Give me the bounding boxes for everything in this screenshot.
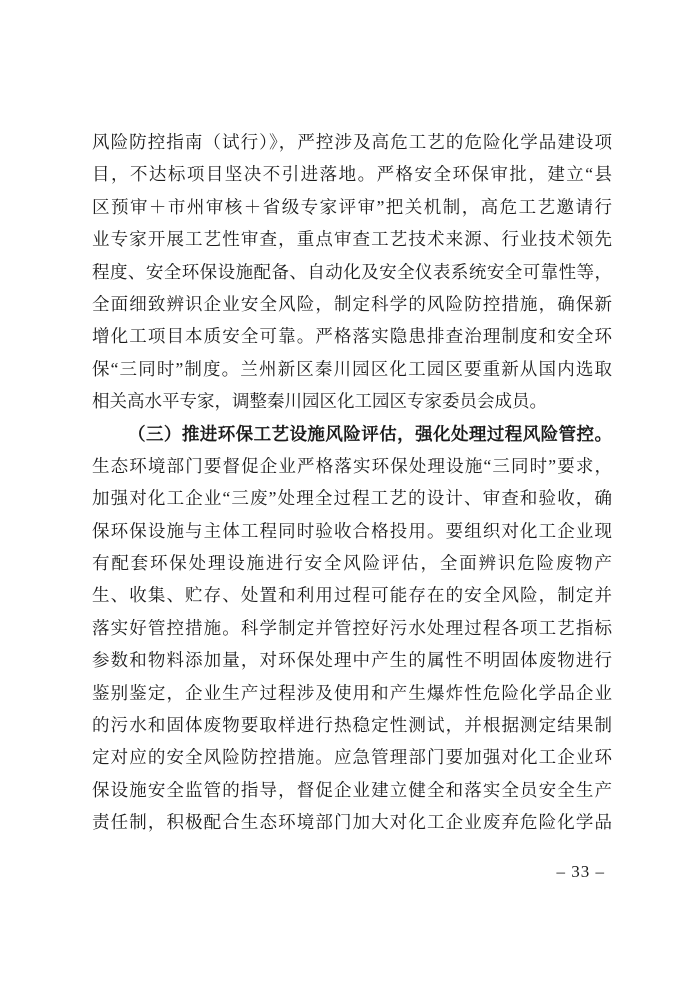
text-block: 风险防控指南（试行）》，严控涉及高危工艺的危险化学品建设项 目，不达标项目坚决不…: [92, 126, 612, 839]
text-line: 有配套环保处理设施进行安全风险评估，全面辨识危险废物产: [92, 547, 612, 579]
text-line: 程度、安全环保设施配备、自动化及安全仪表系统安全可靠性等，: [92, 256, 612, 288]
text-line: 责任制，积极配合生态环境部门加大对化工企业废弃危险化学品: [92, 806, 612, 838]
document-page: 风险防控指南（试行）》，严控涉及高危工艺的危险化学品建设项 目，不达标项目坚决不…: [0, 0, 700, 990]
text-line: 保设施安全监管的指导，督促企业建立健全和落实全员安全生产: [92, 774, 612, 806]
text-line: 生态环境部门要督促企业严格落实环保处理设施“三同时”要求，: [92, 450, 612, 482]
text-line: 落实好管控措施。科学制定并管控好污水处理过程各项工艺指标: [92, 612, 612, 644]
text-line: 参数和物料添加量，对环保处理中产生的属性不明固体废物进行: [92, 644, 612, 676]
text-line: 生、收集、贮存、处置和利用过程可能存在的安全风险，制定并: [92, 579, 612, 611]
text-line: 的污水和固体废物要取样进行热稳定性测试，并根据测定结果制: [92, 709, 612, 741]
page-number: – 33 –: [557, 860, 606, 884]
text-line: 鉴别鉴定，企业生产过程涉及使用和产生爆炸性危险化学品企业: [92, 677, 612, 709]
text-line: 增化工项目本质安全可靠。严格落实隐患排查治理制度和安全环: [92, 320, 612, 352]
text-line: 业专家开展工艺性审查，重点审查工艺技术来源、行业技术领先: [92, 223, 612, 255]
text-line: 全面细致辨识企业安全风险，制定科学的风险防控措施，确保新: [92, 288, 612, 320]
section-heading: （三）推进环保工艺设施风险评估，强化处理过程风险管控。: [92, 418, 612, 450]
text-line: 风险防控指南（试行）》，严控涉及高危工艺的危险化学品建设项: [92, 126, 612, 158]
paragraph-end-line: 相关高水平专家，调整秦川园区化工园区专家委员会成员。: [92, 385, 612, 417]
text-line: 目，不达标项目坚决不引进落地。严格安全环保审批，建立“县: [92, 158, 612, 190]
text-line: 保环保设施与主体工程同时验收合格投用。要组织对化工企业现: [92, 515, 612, 547]
text-line: 定对应的安全风险防控措施。应急管理部门要加强对化工企业环: [92, 741, 612, 773]
text-line: 区预审＋市州审核＋省级专家评审”把关机制，高危工艺邀请行: [92, 191, 612, 223]
text-line: 加强对化工企业“三废”处理全过程工艺的设计、审查和验收，确: [92, 482, 612, 514]
text-line: 保“三同时”制度。兰州新区秦川园区化工园区要重新从国内选取: [92, 353, 612, 385]
